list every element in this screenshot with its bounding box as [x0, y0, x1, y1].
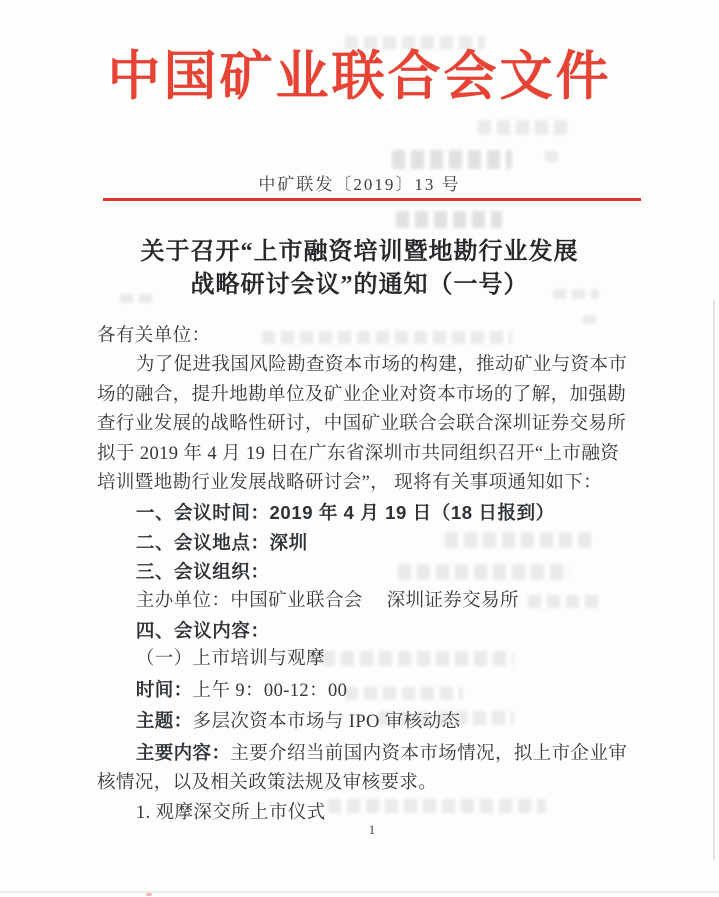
body-line-salutation: 各有关单位：	[97, 322, 637, 351]
scan-edge-bottom	[0, 891, 719, 893]
body-line-main-content: 主要内容：主要介绍当前国内资本市场情况，拟上市企业审	[97, 738, 637, 769]
bleedthrough-ghost	[478, 120, 570, 135]
letterhead-title: 中国矿业联合会文件	[0, 40, 719, 114]
body-line: 为了促进我国风险勘查资本市场的构建，推动矿业与资本市	[97, 351, 637, 380]
body-line: 核情况，以及相关政策法规及审核要求。	[97, 769, 637, 798]
body-line: 场的融合，提升地勘单位及矿业企业对资本市场的了解，加强勘	[97, 381, 637, 410]
bleedthrough-ghost	[545, 151, 559, 162]
document-number: 中矿联发〔2019〕13 号	[0, 170, 719, 195]
body-line-meeting-time: 一、会议时间：2019 年 4 月 19 日（18 日报到）	[97, 498, 637, 527]
body-line-meeting-place: 二、会议地点：深圳	[97, 528, 637, 557]
scan-edge-right	[713, 300, 715, 860]
body-line-meeting-organization: 三、会议组织：	[97, 557, 637, 586]
body-line-section-1: （一）上市培训与观摩	[97, 645, 637, 674]
body-line-host-units: 主办单位：中国矿业联合会 深圳证券交易所	[97, 587, 637, 616]
body-line: 查行业发展的战略性研讨，中国矿业联合会联合深圳证券交易所	[97, 410, 637, 439]
document-body: 各有关单位： 为了促进我国风险勘查资本市场的构建，推动矿业与资本市 场的融合，提…	[97, 322, 637, 828]
page-number: 1	[364, 822, 380, 838]
body-line: 培训暨地勘行业发展战略研讨会”， 现将有关事项通知如下：	[97, 469, 637, 498]
body-line-meeting-content: 四、会议内容：	[97, 616, 637, 645]
red-divider-rule	[103, 198, 641, 201]
bleedthrough-ghost	[396, 211, 502, 228]
scanned-document-page: 中国矿业联合会文件 中矿联发〔2019〕13 号 关于召开“上市融资培训暨地勘行…	[0, 0, 719, 897]
scan-artifact-dot	[146, 893, 152, 896]
notice-title-line1: 关于召开“上市融资培训暨地勘行业发展	[0, 236, 719, 269]
body-line: 拟于 2019 年 4 月 19 日在广东省深圳市共同组织召开“上市融资	[97, 440, 637, 469]
notice-title: 关于召开“上市融资培训暨地勘行业发展 战略研讨会议”的通知（一号）	[0, 236, 719, 302]
body-line-topic: 主题：多层次资本市场与 IPO 审核动态	[97, 706, 637, 737]
bleedthrough-ghost	[392, 150, 512, 169]
body-line-time: 时间：上午 9：00-12：00	[97, 675, 637, 706]
notice-title-line2: 战略研讨会议”的通知（一号）	[0, 269, 719, 302]
